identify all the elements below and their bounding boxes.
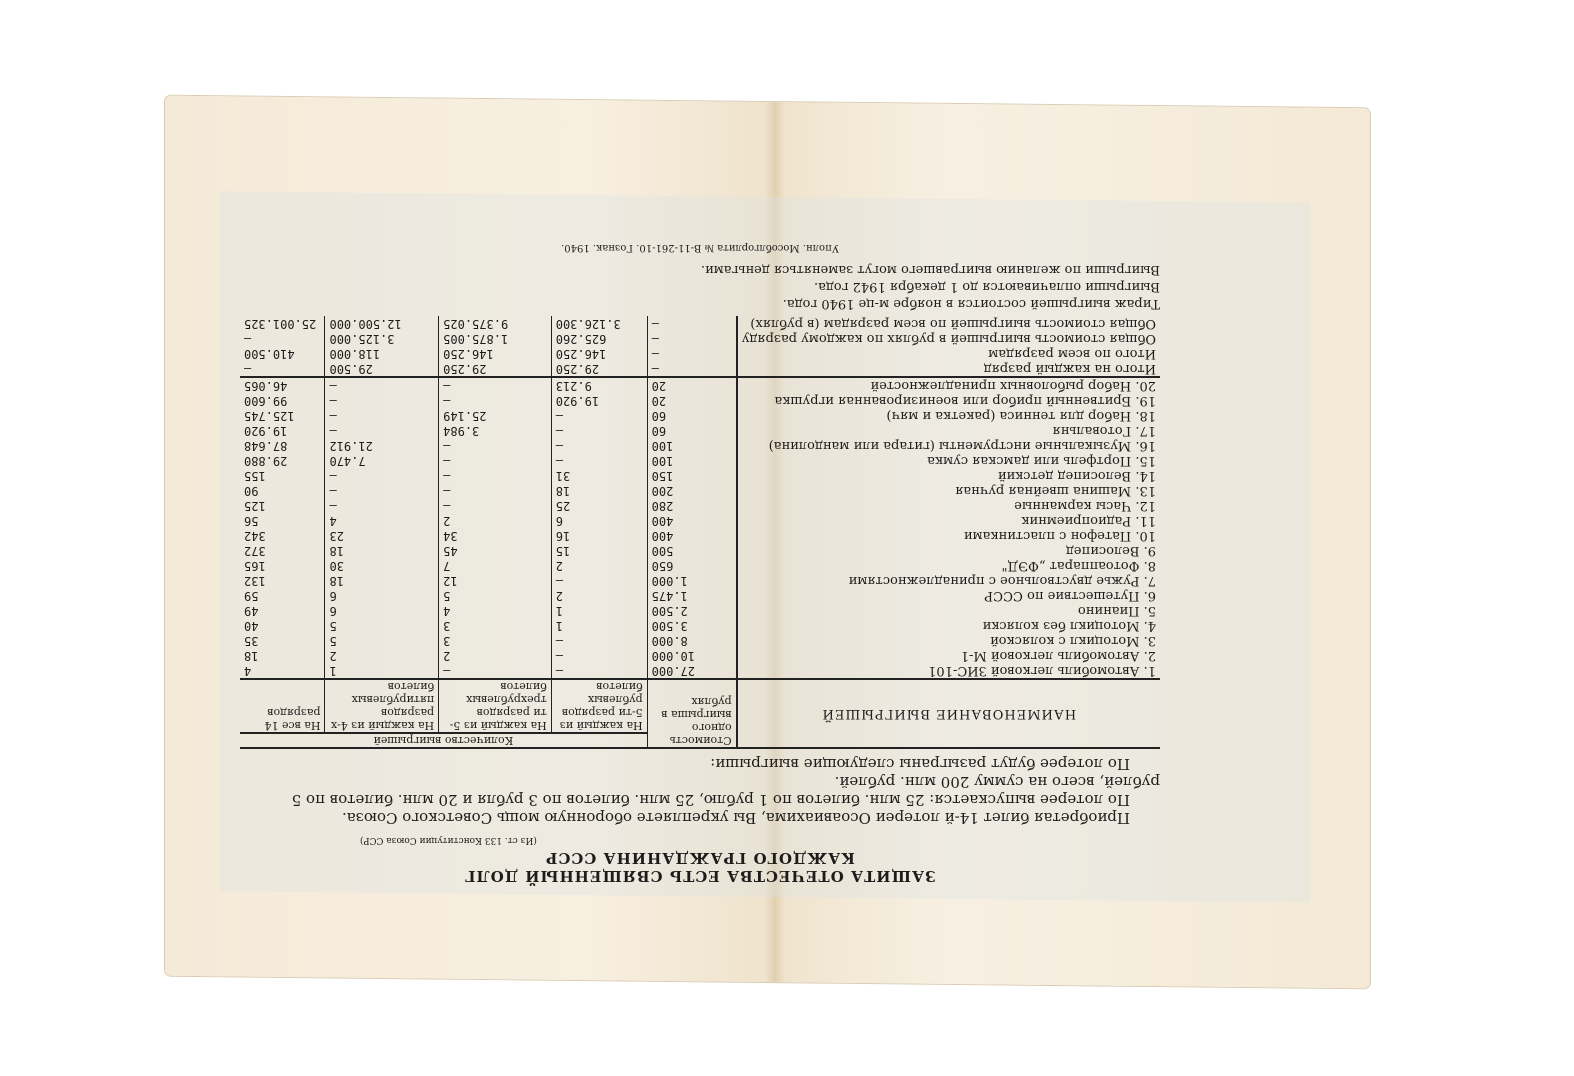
cell-value: 8.000 [647, 633, 737, 648]
cell-value: 10.000 [647, 648, 737, 663]
cell-value: 1.000 [647, 573, 737, 588]
cell-all: 87.648 [240, 438, 325, 453]
cell-r1: 9.213 [551, 377, 647, 393]
cell-value: 150 [647, 468, 737, 483]
prize-label: Патефон с пластинками [964, 528, 1131, 543]
total-label: Итого на каждый разряд [737, 361, 1160, 377]
cell-value: 200 [647, 483, 737, 498]
row-number: 6. [1144, 588, 1156, 603]
cell-r1: 15 [551, 543, 647, 558]
prize-label: Пианино [1078, 603, 1140, 618]
prize-name: 13. Машина швейная ручная [737, 483, 1160, 498]
cell-all: 410.500 [240, 346, 325, 361]
cell-all: 40 [240, 618, 325, 633]
cell-r1: — [551, 423, 647, 438]
cell-r3: — [439, 483, 552, 498]
cell-r1: 31 [551, 468, 647, 483]
row-number: 11. [1135, 513, 1156, 528]
prize-name: 17. Готовальня [737, 423, 1160, 438]
table-row: 10. Патефон с пластинками400163423342 [240, 528, 1160, 543]
prize-name: 4. Мотоцикл без коляски [737, 618, 1160, 633]
printer-imprint: Уполн. Мособлгорлита № В-11-261-10. Гозн… [240, 242, 1160, 253]
cell-r3: 5 [439, 588, 552, 603]
prize-label: Путешествие по СССР [984, 588, 1139, 603]
cell-r5: 3.125.000 [325, 331, 439, 346]
table-row: 9. Велосипед500154518372 [240, 543, 1160, 558]
cell-r3: 146.250 [439, 346, 552, 361]
prizes-table: НАИМЕНОВАНИЕ ВЫИГРЫШЕЙ Стоимость одного … [240, 316, 1160, 749]
row-number: 3. [1144, 633, 1156, 648]
cell-value: 500 [647, 543, 737, 558]
cell-r5: — [325, 468, 439, 483]
prize-label: Бритвенный прибор или военизированная иг… [775, 393, 1132, 408]
header-line-2: КАЖДОГО ГРАЖДАНИНА СССР [240, 849, 1160, 867]
row-number: 13. [1135, 483, 1156, 498]
table-row: 19. Бритвенный прибор или военизированна… [240, 393, 1160, 408]
cell-all: 19.920 [240, 423, 325, 438]
cell-r1: — [551, 573, 647, 588]
prize-label: Мотоцикл без коляски [983, 618, 1140, 633]
cell-r3: — [439, 663, 552, 679]
cell-r3: 7 [439, 558, 552, 573]
cell-r1: 29.250 [551, 361, 647, 377]
cell-value: 3.500 [647, 618, 737, 633]
cell-r3: — [439, 393, 552, 408]
footer-notes: Тираж выигрышей состоится в ноябре м-це … [240, 261, 1160, 312]
cell-r1: 2 [551, 588, 647, 603]
total-label: Общая стоимость выигрышей в рублях по ка… [737, 331, 1160, 346]
cell-r5: 21.912 [325, 438, 439, 453]
cell-r1: 3.126.300 [551, 316, 647, 331]
row-number: 2. [1144, 648, 1156, 663]
header: ЗАЩИТА ОТЕЧЕСТВА ЕСТЬ СВЯЩЕННЫЙ ДОЛГ КАЖ… [240, 831, 1160, 885]
cell-all: 372 [240, 543, 325, 558]
row-number: 17. [1135, 423, 1156, 438]
cell-all: 35 [240, 633, 325, 648]
table-row: 5. Пианино2.50014649 [240, 603, 1160, 618]
cell-r1: 6 [551, 513, 647, 528]
ticket-content-rotated: ЗАЩИТА ОТЕЧЕСТВА ЕСТЬ СВЯЩЕННЫЙ ДОЛГ КАЖ… [240, 205, 1160, 885]
cell-r5: 6 [325, 603, 439, 618]
row-number: 10. [1135, 528, 1156, 543]
table-row: 18. Набор для тенниса (ракетка и мяч)60—… [240, 408, 1160, 423]
cell-r5: — [325, 483, 439, 498]
cell-r5: 29.500 [325, 361, 439, 377]
table-row: 13. Машина швейная ручная20018——90 [240, 483, 1160, 498]
col-3-ruble: На каждый из 5-ти разрядов трехрублевых … [439, 679, 552, 733]
table-row: 16. Музыкальные инструменты (гитара или … [240, 438, 1160, 453]
row-number: 1. [1144, 663, 1156, 678]
cell-r3: 3.984 [439, 423, 552, 438]
table-row: 8. Фотоаппарат „ФЭД"6502730165 [240, 558, 1160, 573]
cell-r1: 1 [551, 618, 647, 633]
cell-value: — [647, 361, 737, 377]
cell-value: 27.000 [647, 663, 737, 679]
cell-r1: 625.260 [551, 331, 647, 346]
cell-value: 400 [647, 528, 737, 543]
row-number: 8. [1144, 558, 1156, 573]
cell-r5: 18 [325, 573, 439, 588]
header-line-1: ЗАЩИТА ОТЕЧЕСТВА ЕСТЬ СВЯЩЕННЫЙ ДОЛГ [240, 867, 1160, 885]
cell-value: — [647, 346, 737, 361]
cell-r3: 3 [439, 633, 552, 648]
prize-label: Музыкальные инструменты (гитара или манд… [769, 438, 1132, 453]
cell-value: 2.500 [647, 603, 737, 618]
row-number: 18. [1135, 408, 1156, 423]
table-row: 6. Путешествие по СССР1.47525659 [240, 588, 1160, 603]
cell-r3: 2 [439, 513, 552, 528]
prize-label: Ружье двуствольное с принадлежностями [849, 573, 1140, 588]
prize-label: Мотоцикл с коляской [990, 633, 1139, 648]
cell-value: 1.475 [647, 588, 737, 603]
cell-value: 400 [647, 513, 737, 528]
cell-value: 20 [647, 393, 737, 408]
cell-r5: 6 [325, 588, 439, 603]
table-row: 4. Мотоцикл без коляски3.50013540 [240, 618, 1160, 633]
row-number: 14. [1135, 468, 1156, 483]
cell-all: 99.600 [240, 393, 325, 408]
footer-note: Тираж выигрышей состоится в ноябре м-це … [240, 295, 1160, 312]
row-number: 9. [1144, 543, 1156, 558]
cell-r3: 29.250 [439, 361, 552, 377]
table-row: 12. Часы карманные28025——125 [240, 498, 1160, 513]
prize-name: 2. Автомобиль легковой М-1 [737, 648, 1160, 663]
prize-label: Фотоаппарат „ФЭД" [1002, 558, 1140, 573]
cell-r5: 5 [325, 618, 439, 633]
row-number: 16. [1135, 438, 1156, 453]
cell-r3: 25.149 [439, 408, 552, 423]
col-1-ruble: На каждый из 5-ти разрядов рублевых биле… [551, 679, 647, 733]
prize-name: 14. Велосипед детский [737, 468, 1160, 483]
cell-all: — [240, 361, 325, 377]
cell-r1: — [551, 648, 647, 663]
cell-r3: — [439, 468, 552, 483]
cell-all: 342 [240, 528, 325, 543]
cell-all: 59 [240, 588, 325, 603]
header-source: (Из ст. 133 Конституции Союза ССР) [240, 831, 1160, 849]
cell-r5: — [325, 423, 439, 438]
cell-r5: 30 [325, 558, 439, 573]
cell-r1: — [551, 663, 647, 679]
intro-paragraph: По лотерее будут разыграны следующие выи… [240, 755, 1160, 773]
cell-r1: 16 [551, 528, 647, 543]
prize-name: 12. Часы карманные [737, 498, 1160, 513]
cell-all: 155 [240, 468, 325, 483]
prize-name: 19. Бритвенный прибор или военизированна… [737, 393, 1160, 408]
prize-name: 11. Радиоприемник [737, 513, 1160, 528]
col-5-ruble: На каждый из 4-х разрядов пятирублевых б… [325, 679, 439, 733]
cell-value: 100 [647, 453, 737, 468]
intro-text: Приобретая билет 14-й лотереи Осоавиахим… [240, 755, 1160, 827]
cell-r5: 1 [325, 663, 439, 679]
cell-r1: — [551, 453, 647, 468]
prize-name: 15. Портфель или дамская сумка [737, 453, 1160, 468]
row-number: 12. [1135, 498, 1156, 513]
cell-r5: — [325, 377, 439, 393]
table-row: 3. Мотоцикл с коляской8.000—3535 [240, 633, 1160, 648]
cell-r1: 25 [551, 498, 647, 513]
cell-r5: 5 [325, 633, 439, 648]
cell-all: 125 [240, 498, 325, 513]
table-row: 2. Автомобиль легковой М-110.000—2218 [240, 648, 1160, 663]
cell-r3: 4 [439, 603, 552, 618]
row-number: 5. [1144, 603, 1156, 618]
total-row: Общая стоимость выигрышей в рублях по ка… [240, 331, 1160, 346]
prize-label: Часы карманные [1014, 498, 1131, 513]
cell-r3: 45 [439, 543, 552, 558]
cell-value: 100 [647, 438, 737, 453]
row-number: 4. [1144, 618, 1156, 633]
col-group-count: Количество выигрышей [240, 733, 647, 748]
cell-value: 650 [647, 558, 737, 573]
cell-r5: 4 [325, 513, 439, 528]
total-label: Общая стоимость выигрышей по всем разряд… [737, 316, 1160, 331]
cell-all: 18 [240, 648, 325, 663]
prize-label: Велосипед детский [998, 468, 1131, 483]
table-row: 1. Автомобиль легковой ЗИС-10127.000——14 [240, 663, 1160, 679]
prize-name: 20. Набор рыболовных принадлежностей [737, 377, 1160, 393]
prize-name: 10. Патефон с пластинками [737, 528, 1160, 543]
prize-label: Автомобиль легковой ЗИС-101 [928, 663, 1139, 678]
row-number: 19. [1135, 393, 1156, 408]
footer-note: Выигрыши оплачиваются до 1 декабря 1942 … [240, 278, 1160, 295]
cell-r3: 3 [439, 618, 552, 633]
cell-r3: 2 [439, 648, 552, 663]
row-number: 20. [1135, 378, 1156, 393]
prize-name: 8. Фотоаппарат „ФЭД" [737, 558, 1160, 573]
cell-all: 56 [240, 513, 325, 528]
cell-r5: — [325, 498, 439, 513]
cell-r1: 146.250 [551, 346, 647, 361]
cell-r5: 23 [325, 528, 439, 543]
prize-name: 5. Пианино [737, 603, 1160, 618]
prize-name: 6. Путешествие по СССР [737, 588, 1160, 603]
cell-all: 4 [240, 663, 325, 679]
col-prize-value: Стоимость одного выигрыша в рублях [647, 679, 737, 748]
prize-name: 7. Ружье двуствольное с принадлежностями [737, 573, 1160, 588]
cell-all: 90 [240, 483, 325, 498]
cell-r3: — [439, 377, 552, 393]
cell-r1: 18 [551, 483, 647, 498]
cell-all: 49 [240, 603, 325, 618]
cell-value: 60 [647, 423, 737, 438]
prize-label: Радиоприемник [1021, 513, 1131, 528]
prize-name: 16. Музыкальные инструменты (гитара или … [737, 438, 1160, 453]
prize-label: Набор для тенниса (ракетка и мяч) [886, 408, 1131, 423]
total-row: Итого на каждый разряд—29.25029.25029.50… [240, 361, 1160, 377]
cell-value: 60 [647, 408, 737, 423]
cell-all: 132 [240, 573, 325, 588]
cell-r3: 1.875.005 [439, 331, 552, 346]
cell-r3: — [439, 498, 552, 513]
cell-r5: 12.500.000 [325, 316, 439, 331]
prize-name: 3. Мотоцикл с коляской [737, 633, 1160, 648]
cell-r1: — [551, 633, 647, 648]
cell-r5: 2 [325, 648, 439, 663]
prize-name: 1. Автомобиль легковой ЗИС-101 [737, 663, 1160, 679]
table-row: 14. Велосипед детский15031——155 [240, 468, 1160, 483]
table-row: 17. Готовальня60—3.984—19.920 [240, 423, 1160, 438]
prize-label: Автомобиль легковой М-1 [961, 648, 1140, 663]
cell-r5: 7.470 [325, 453, 439, 468]
cell-value: 280 [647, 498, 737, 513]
cell-r5: 18 [325, 543, 439, 558]
cell-all: 25.001.325 [240, 316, 325, 331]
cell-r5: — [325, 393, 439, 408]
total-label: Итого по всем разрядам [737, 346, 1160, 361]
cell-r3: — [439, 453, 552, 468]
intro-paragraph: По лотерее выпускается: 25 млн. билетов … [240, 773, 1160, 809]
table-row: 7. Ружье двуствольное с принадлежностями… [240, 573, 1160, 588]
prize-label: Портфель или дамская сумка [927, 453, 1131, 468]
prize-label: Велосипед [1066, 543, 1140, 558]
cell-value: — [647, 331, 737, 346]
table-row: 15. Портфель или дамская сумка100——7.470… [240, 453, 1160, 468]
prize-label: Машина швейная ручная [955, 483, 1131, 498]
cell-all: 46.065 [240, 377, 325, 393]
col-all: На все 14 разрядов [240, 679, 325, 733]
prize-name: 9. Велосипед [737, 543, 1160, 558]
table-row: 20. Набор рыболовных принадлежностей209.… [240, 377, 1160, 393]
cell-r5: 118.000 [325, 346, 439, 361]
col-prize-name: НАИМЕНОВАНИЕ ВЫИГРЫШЕЙ [737, 679, 1160, 748]
cell-r1: — [551, 438, 647, 453]
row-number: 15. [1135, 453, 1156, 468]
cell-r3: 9.375.025 [439, 316, 552, 331]
prize-label: Набор рыболовных принадлежностей [870, 378, 1131, 393]
cell-r1: — [551, 408, 647, 423]
cell-r5: — [325, 408, 439, 423]
cell-all: 29.880 [240, 453, 325, 468]
cell-value: 20 [647, 377, 737, 393]
cell-r1: 19.920 [551, 393, 647, 408]
row-number: 7. [1144, 573, 1156, 588]
cell-r3: — [439, 438, 552, 453]
cell-r3: 34 [439, 528, 552, 543]
prize-name: 18. Набор для тенниса (ракетка и мяч) [737, 408, 1160, 423]
prize-label: Готовальня [1052, 423, 1131, 438]
cell-all: — [240, 331, 325, 346]
total-row: Итого по всем разрядам—146.250146.250118… [240, 346, 1160, 361]
total-row: Общая стоимость выигрышей по всем разряд… [240, 316, 1160, 331]
cell-r1: 2 [551, 558, 647, 573]
intro-paragraph: Приобретая билет 14-й лотереи Осоавиахим… [240, 809, 1160, 827]
cell-value: — [647, 316, 737, 331]
cell-r3: 12 [439, 573, 552, 588]
cell-all: 125.745 [240, 408, 325, 423]
table-row: 11. Радиоприемник40062456 [240, 513, 1160, 528]
cell-all: 165 [240, 558, 325, 573]
footer-note: Выигрыши по желанию выигравшего могут за… [240, 261, 1160, 278]
cell-r1: 1 [551, 603, 647, 618]
